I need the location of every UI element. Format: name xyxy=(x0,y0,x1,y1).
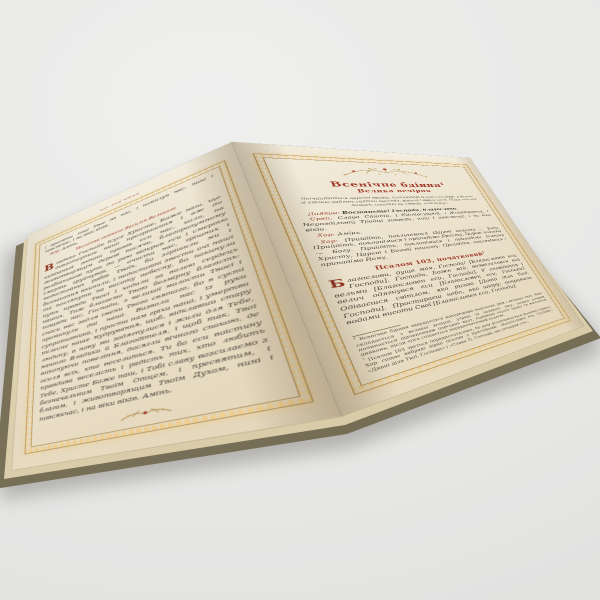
photo-scene: час дев'ятий і просвіти лице Твоє на нас… xyxy=(0,0,600,600)
page-subtitle: Велика вечірня xyxy=(287,188,477,195)
choir-label: Хор: xyxy=(316,232,336,238)
headpiece-ornament xyxy=(275,162,469,182)
psalm-footnote-marker: 5 xyxy=(481,251,485,254)
drop-cap: Б xyxy=(327,278,346,289)
